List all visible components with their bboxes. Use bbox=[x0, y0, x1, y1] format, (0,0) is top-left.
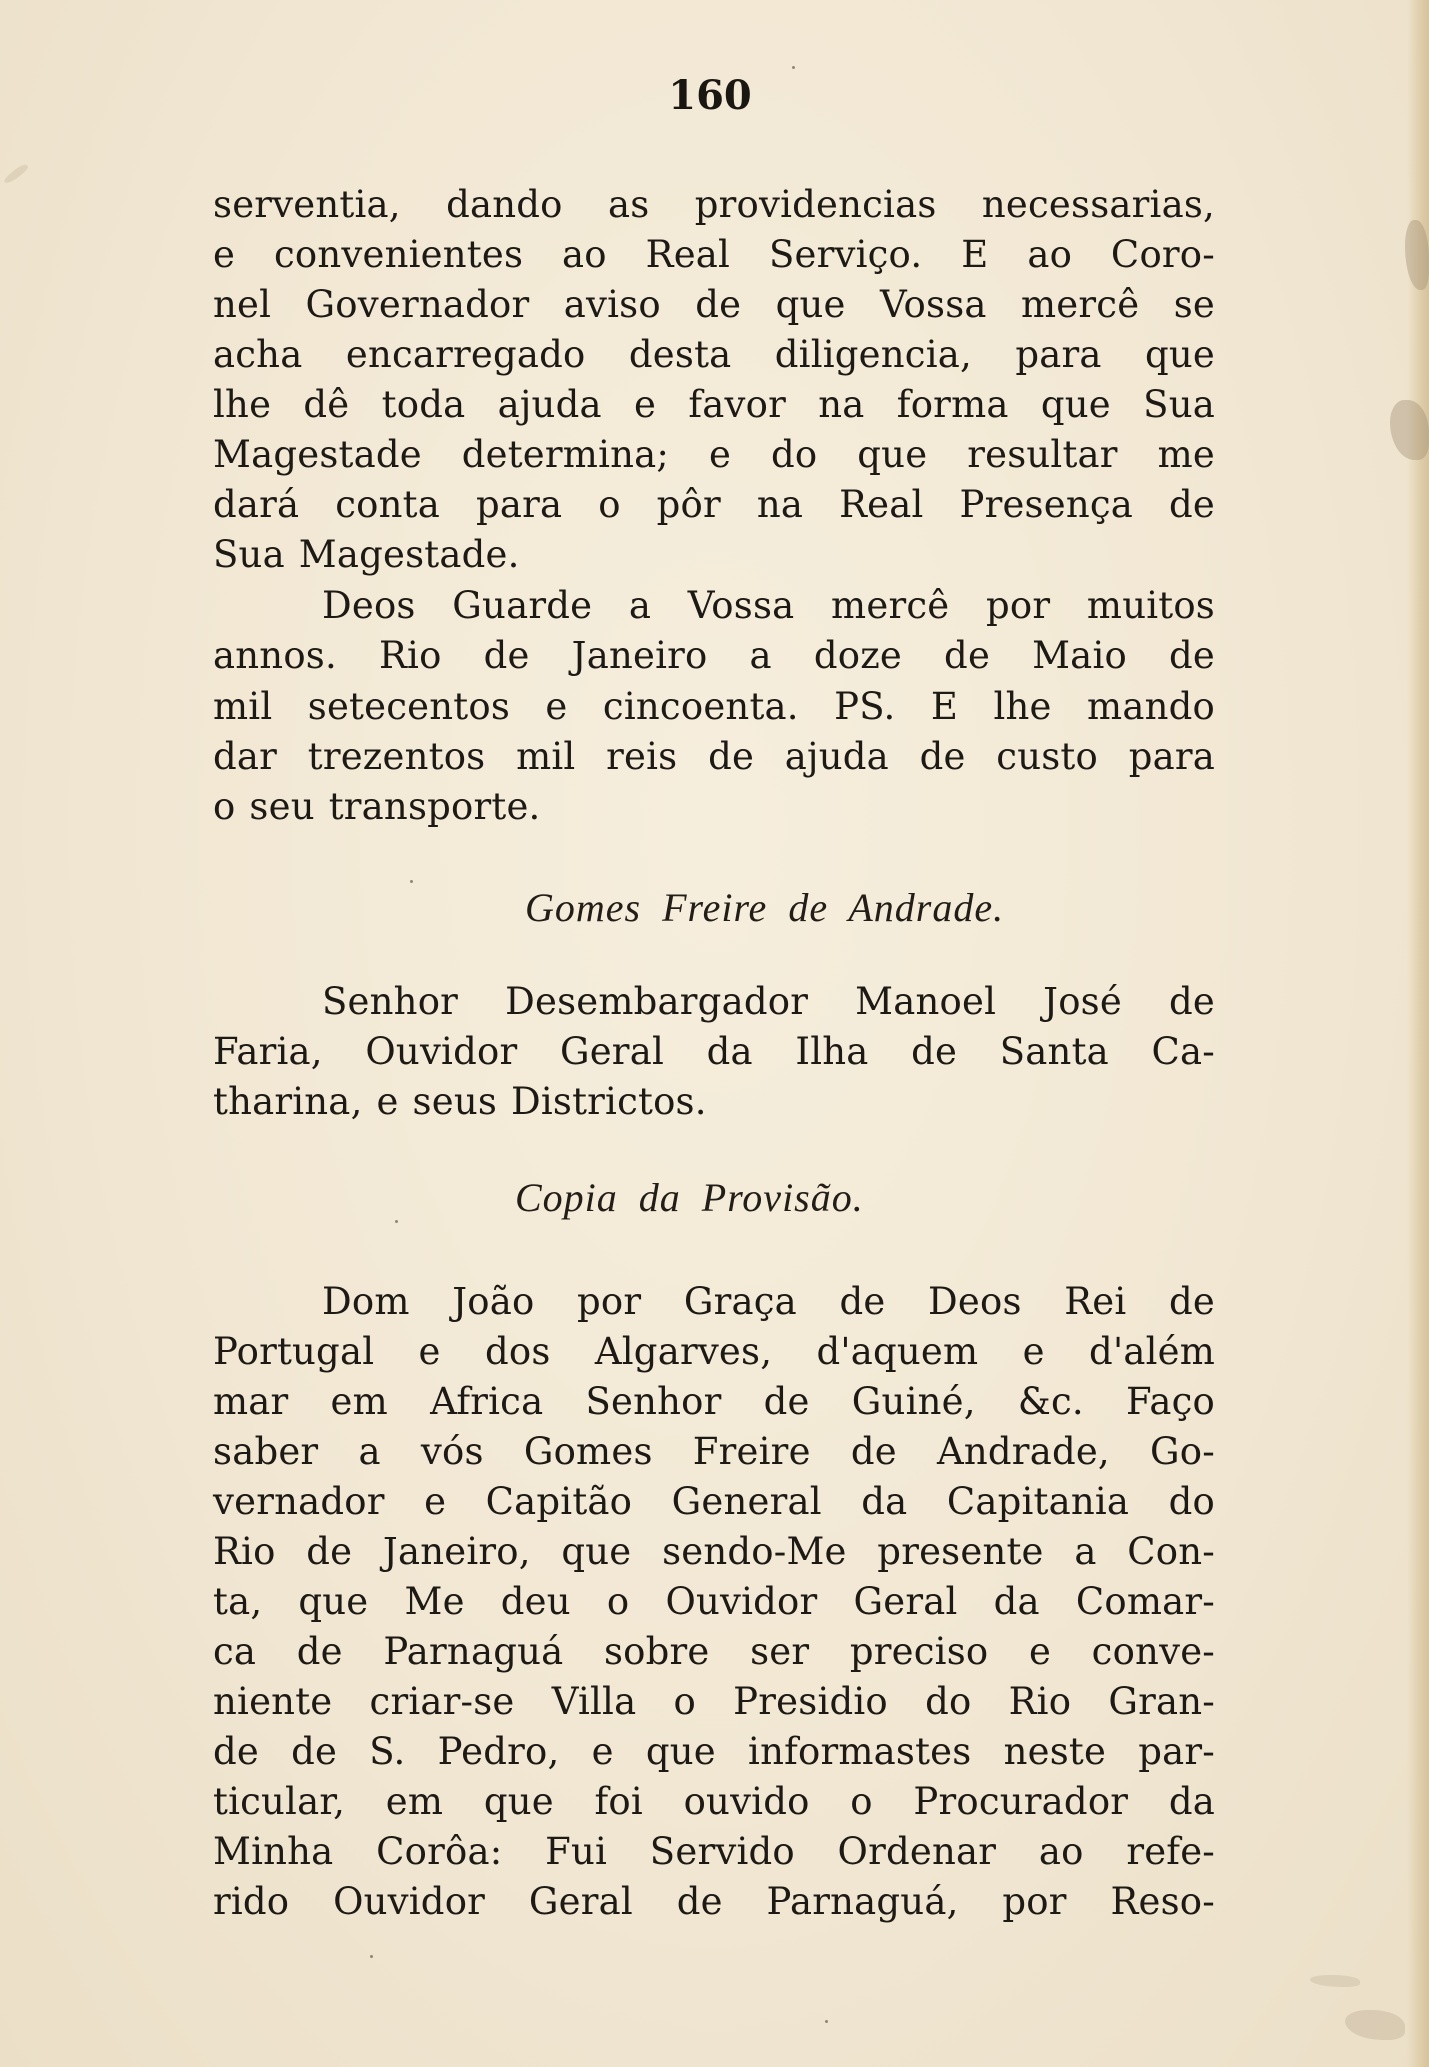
paper-speck bbox=[410, 880, 413, 883]
text-line: Magestade determina; e do que resultar m… bbox=[213, 430, 1215, 480]
paper-speck bbox=[395, 1220, 398, 1223]
text-line: mar em Africa Senhor de Guiné, &c. Faço bbox=[213, 1377, 1215, 1427]
text-line: Deos Guarde a Vossa mercê por muitos bbox=[322, 581, 1215, 631]
book-page: 160 serventia, dando as providencias nec… bbox=[0, 0, 1429, 2067]
text-line: dar trezentos mil reis de ajuda de custo… bbox=[213, 732, 1215, 782]
text-line: Faria, Ouvidor Geral da Ilha de Santa Ca… bbox=[213, 1027, 1215, 1077]
text-line: ca de Parnaguá sobre ser preciso e conve… bbox=[213, 1627, 1215, 1677]
text-line: rido Ouvidor Geral de Parnaguá, por Reso… bbox=[213, 1877, 1215, 1927]
text-line: vernador e Capitão General da Capitania … bbox=[213, 1477, 1215, 1527]
paper-stain bbox=[1345, 2010, 1405, 2040]
text-line: nel Governador aviso de que Vossa mercê … bbox=[213, 280, 1215, 330]
page-number: 160 bbox=[660, 68, 760, 124]
text-line: serventia, dando as providencias necessa… bbox=[213, 180, 1215, 230]
text-line: mil setecentos e cincoenta. PS. E lhe ma… bbox=[213, 682, 1215, 732]
paper-speck bbox=[370, 1955, 373, 1958]
paper-speck bbox=[825, 2020, 828, 2023]
text-line: ta, que Me deu o Ouvidor Geral da Comar- bbox=[213, 1577, 1215, 1627]
text-line: niente criar-se Villa o Presidio do Rio … bbox=[213, 1677, 1215, 1727]
text-line: e convenientes ao Real Serviço. E ao Cor… bbox=[213, 230, 1215, 280]
paper-stain bbox=[3, 162, 30, 186]
text-line: Portugal e dos Algarves, d'aquem e d'alé… bbox=[213, 1327, 1215, 1377]
text-line: acha encarregado desta diligencia, para … bbox=[213, 330, 1215, 380]
signature: Gomes Freire de Andrade. bbox=[525, 880, 1004, 936]
text-line: lhe dê toda ajuda e favor na forma que S… bbox=[213, 380, 1215, 430]
paper-speck bbox=[792, 66, 795, 69]
text-line: tharina, e seus Districtos. bbox=[213, 1077, 1215, 1127]
text-line: saber a vós Gomes Freire de Andrade, Go- bbox=[213, 1427, 1215, 1477]
page-edge-shadow bbox=[1407, 0, 1429, 2067]
text-line: Senhor Desembargador Manoel José de bbox=[322, 977, 1215, 1027]
text-line: dará conta para o pôr na Real Presença d… bbox=[213, 480, 1215, 530]
text-line: Sua Magestade. bbox=[213, 530, 1215, 580]
paper-stain bbox=[1310, 1975, 1360, 1987]
text-line: Rio de Janeiro, que sendo-Me presente a … bbox=[213, 1527, 1215, 1577]
text-line: de de S. Pedro, e que informastes neste … bbox=[213, 1727, 1215, 1777]
text-line: o seu transporte. bbox=[213, 782, 1215, 832]
text-line: annos. Rio de Janeiro a doze de Maio de bbox=[213, 631, 1215, 681]
text-line: Minha Corôa: Fui Servido Ordenar ao refe… bbox=[213, 1827, 1215, 1877]
text-line: Dom João por Graça de Deos Rei de bbox=[322, 1277, 1215, 1327]
text-line: ticular, em que foi ouvido o Procurador … bbox=[213, 1777, 1215, 1827]
section-heading: Copia da Provisão. bbox=[515, 1170, 864, 1226]
